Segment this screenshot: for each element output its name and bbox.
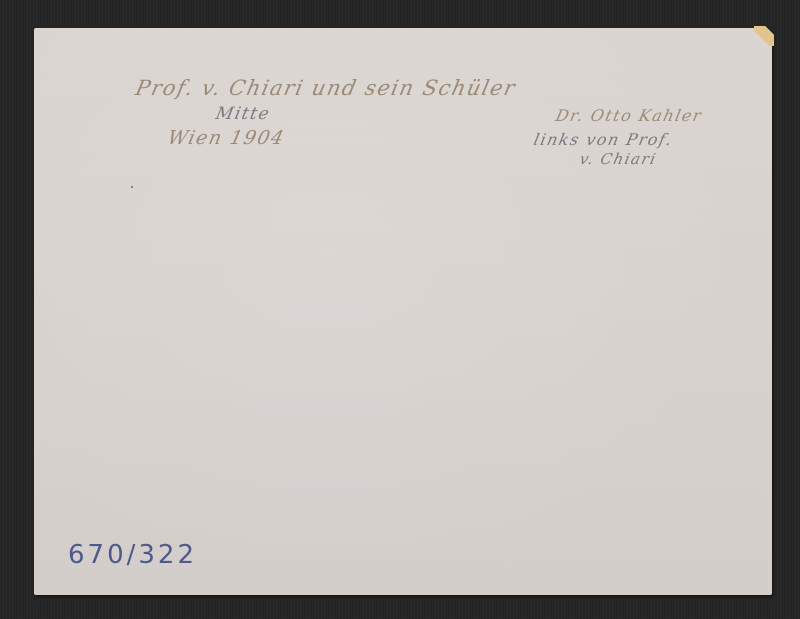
inventory-number: 670/322 (68, 540, 197, 570)
caption-line-2: Mitte (214, 104, 272, 124)
photo-card-back: Prof. v. Chiari und sein Schüler Mitte W… (34, 28, 772, 595)
right-note-line-1: Dr. Otto Kahler (554, 106, 704, 125)
caption-line-1: Prof. v. Chiari und sein Schüler (133, 76, 518, 100)
pencil-mark (131, 186, 133, 188)
right-note-line-3: v. Chiari (578, 150, 658, 168)
torn-corner (754, 26, 774, 46)
caption-line-3: Wien 1904 (166, 127, 287, 149)
right-note-line-2: links von Prof. (532, 130, 675, 149)
